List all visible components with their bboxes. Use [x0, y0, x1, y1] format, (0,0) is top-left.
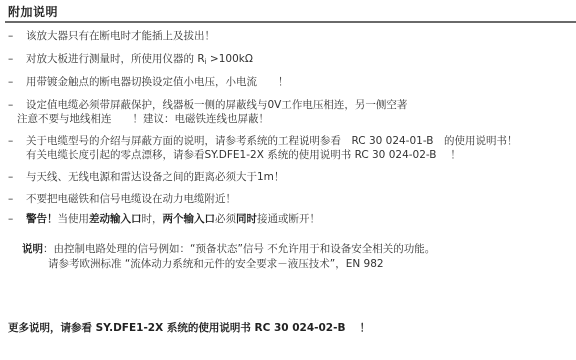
warning-item: –警告！当使用差动输入口时，两个输入口必须同时接通或断开！	[8, 213, 320, 226]
list-item: –设定值电缆必须带屏蔽保护，线器板一侧的屏蔽线与0V工作电压相连，另一侧空著	[8, 99, 407, 112]
item-text: 接通或断开！	[257, 213, 320, 225]
note-text: ：由控制电路处理的信号例如：“预备状态”信号 不允许用于和设备安全相关的功能。	[43, 243, 435, 255]
item-text: 与天线、无线电源和雷达设备之间的距离必须大于1m！	[26, 171, 284, 183]
item-text-bold: 两个输入口	[163, 213, 216, 225]
item-text: 对放大板进行测量时，所使用仪器的 R	[26, 53, 205, 65]
list-item: –该放大器只有在断电时才能插上及拔出！	[8, 30, 215, 43]
item-text: 关于电缆型号的介绍与屏蔽方面的说明，请参考系统的工程说明参看 RC 30 024…	[26, 135, 517, 147]
item-text: >100kΩ	[207, 53, 253, 65]
item-continuation: 注意不要与地线相连 ！建议：电磁铁连线也屏蔽！	[17, 113, 269, 126]
dash-bullet: –	[8, 53, 26, 66]
list-item: –用带镀金触点的断电器切换设定值小电压，小电流 ！	[8, 76, 289, 89]
note-line-2: 请参考欧洲标准 “流体动力系统和元件的安全要求－液压技术”，EN 982	[48, 258, 384, 271]
list-item: –不要把电磁铁和信号电缆设在动力电缆附近！	[8, 193, 236, 206]
section-title: 附加说明	[8, 3, 58, 20]
item-text-bold: 差动输入口	[89, 213, 142, 225]
title-divider	[5, 21, 576, 23]
item-text: 必须	[215, 213, 236, 225]
footer-reference: 更多说明，请参看 SY.DFE1-2X 系统的使用说明书 RC 30 024-0…	[8, 320, 370, 335]
item-text: 该放大器只有在断电时才能插上及拔出！	[26, 30, 215, 42]
list-item: –对放大板进行测量时，所使用仪器的 Ri >100kΩ	[8, 53, 253, 69]
list-item: –关于电缆型号的介绍与屏蔽方面的说明，请参考系统的工程说明参看 RC 30 02…	[8, 135, 517, 148]
dash-bullet: –	[8, 213, 26, 226]
note-line-1: 说明：由控制电路处理的信号例如：“预备状态”信号 不允许用于和设备安全相关的功能…	[22, 243, 435, 256]
item-text: 当使用	[58, 213, 90, 225]
item-text-bold: 同时	[236, 213, 257, 225]
list-item: –与天线、无线电源和雷达设备之间的距离必须大于1m！	[8, 171, 284, 184]
item-text: 设定值电缆必须带屏蔽保护，线器板一侧的屏蔽线与0V工作电压相连，另一侧空著	[26, 99, 407, 111]
item-text: 不要把电磁铁和信号电缆设在动力电缆附近！	[26, 193, 236, 205]
dash-bullet: –	[8, 171, 26, 184]
dash-bullet: –	[8, 99, 26, 112]
warning-label: 警告！	[26, 213, 58, 225]
item-continuation: 有关电缆长度引起的零点漂移，请参看SY.DFE1-2X 系统的使用说明书 RC …	[26, 149, 461, 162]
dash-bullet: –	[8, 76, 26, 89]
item-text: 用带镀金触点的断电器切换设定值小电压，小电流 ！	[26, 76, 289, 88]
dash-bullet: –	[8, 30, 26, 43]
item-text: 时，	[142, 213, 163, 225]
dash-bullet: –	[8, 135, 26, 148]
dash-bullet: –	[8, 193, 26, 206]
note-label: 说明	[22, 243, 43, 255]
